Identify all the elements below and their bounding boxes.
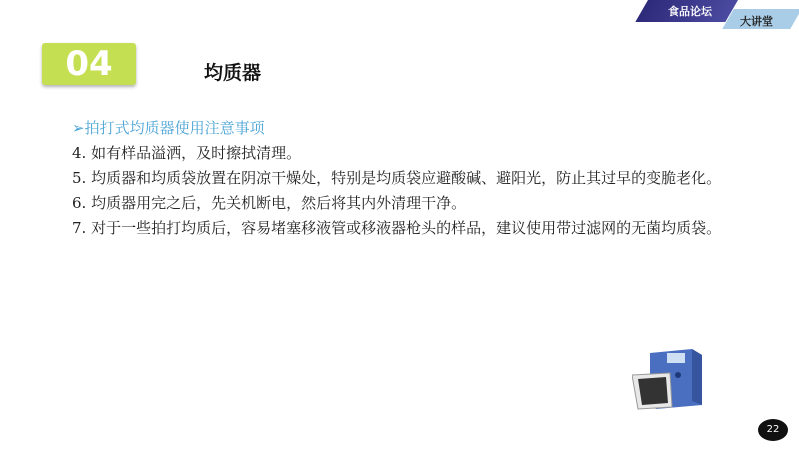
page-number: 22 [758,419,788,441]
stomacher-homogenizer-image [632,345,712,415]
header-tab-secondary: 大讲堂 [740,13,773,29]
section-number: 04 [42,43,136,85]
list-item: 5. 均质器和均质袋放置在阴凉干燥处，特别是均质袋应避酸碱、避阳光，防止其过早的… [72,166,732,191]
list-item: 6. 均质器用完之后，先关机断电，然后将其内外清理干净。 [72,191,732,216]
header-tab-primary: 食品论坛 [668,3,712,19]
subheading: ➢拍打式均质器使用注意事项 [72,116,732,141]
section-title: 均质器 [204,58,261,85]
list-item: 4. 如有样品溢洒，及时擦拭清理。 [72,141,732,166]
list-item: 7. 对于一些拍打均质后，容易堵塞移液管或移液器枪头的样品，建议使用带过滤网的无… [72,216,732,241]
content-body: ➢拍打式均质器使用注意事项 4. 如有样品溢洒，及时擦拭清理。 5. 均质器和均… [72,116,732,241]
